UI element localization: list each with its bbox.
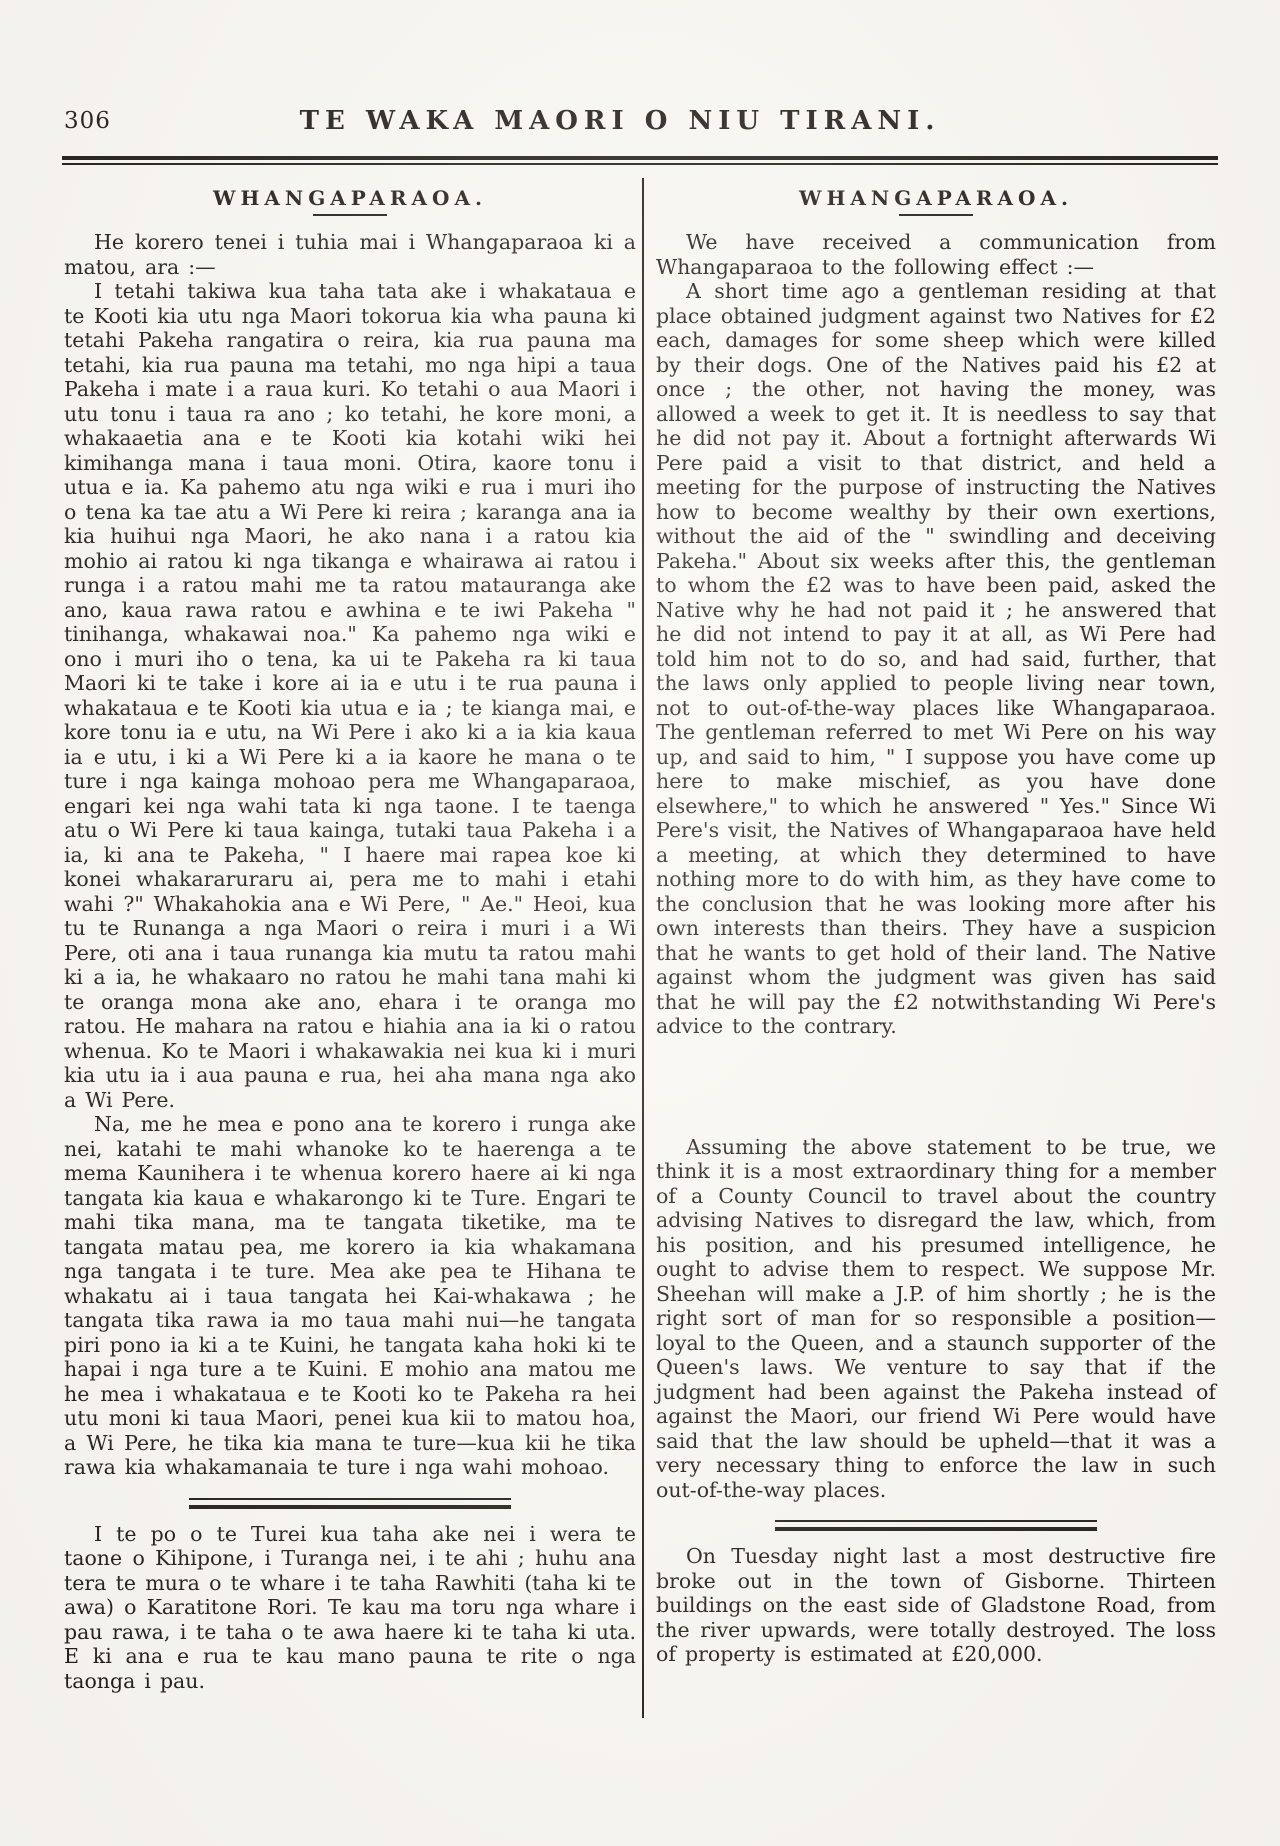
right-paragraph-main: A short time ago a gentleman residing at… — [656, 279, 1216, 1039]
left-section-divider — [189, 1498, 511, 1509]
right-paragraph-intro: We have received a communication from Wh… — [656, 230, 1216, 279]
left-paragraph-comment: Na, me he mea e pono ana te korero i run… — [64, 1112, 636, 1480]
header-double-rule — [62, 156, 1218, 165]
right-heading-rule — [899, 214, 973, 216]
left-paragraph-intro: He korero tenei i tuhia mai i Whangapara… — [64, 230, 636, 279]
right-paragraph-comment: Assuming the above statement to be true,… — [656, 1135, 1216, 1503]
newspaper-page: 306 TE WAKA MAORI O NIU TIRANI. WHANGAPA… — [0, 0, 1280, 1846]
right-section-divider — [775, 1520, 1097, 1531]
right-paragraph-fire: On Tuesday night last a most destructive… — [656, 1544, 1216, 1667]
left-paragraph-main: I tetahi takiwa kua taha tata ake i whak… — [64, 279, 636, 1112]
left-column: WHANGAPARAOA. He korero tenei i tuhia ma… — [64, 178, 636, 1693]
masthead-title: TE WAKA MAORI O NIU TIRANI. — [0, 106, 1240, 136]
right-column-heading: WHANGAPARAOA. — [656, 186, 1216, 210]
right-column: WHANGAPARAOA. We have received a communi… — [656, 178, 1216, 1667]
left-paragraph-fire: I te po o te Turei kua taha ake nei i we… — [64, 1522, 636, 1694]
column-divider-rule — [642, 178, 644, 1718]
left-heading-rule — [313, 214, 387, 216]
header-rule-thick — [62, 156, 1218, 160]
left-column-heading: WHANGAPARAOA. — [64, 186, 636, 210]
header-rule-thin — [62, 163, 1218, 165]
